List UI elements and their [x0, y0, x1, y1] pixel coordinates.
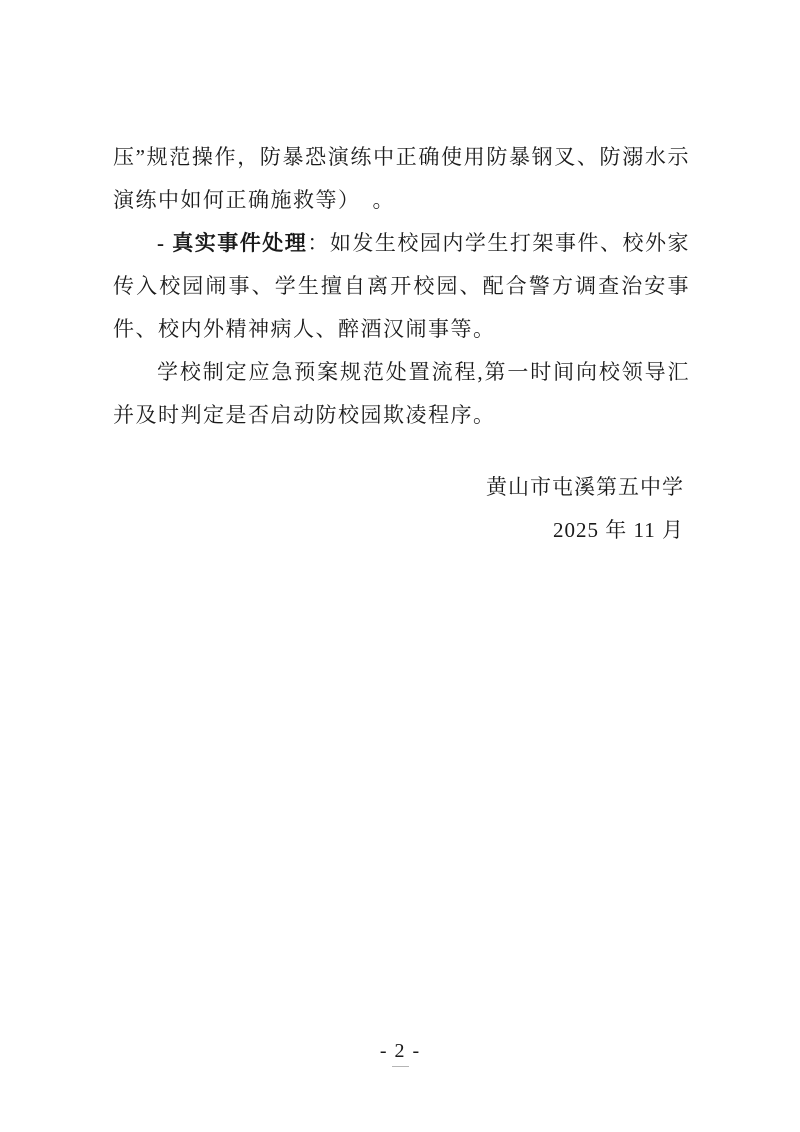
document-page: 压”规范操作，防暴恐演练中正确使用防暴钢叉、防溺水示范 演练中如何正确施救等） …: [0, 0, 800, 1132]
real-events-label: - 真实事件处理: [157, 231, 307, 255]
paragraph-drills-line-2: 演练中如何正确施救等） 。: [113, 179, 690, 222]
paragraph-plan-line-2: 并及时判定是否启动防校园欺凌程序。: [113, 394, 690, 437]
paragraph-real-events-line-1: - 真实事件处理：如发生校园内学生打架事件、校外家长: [113, 222, 690, 265]
paragraph-real-events-line-3: 件、校内外精神病人、醉酒汉闹事等。: [113, 308, 690, 351]
body-text-block: 压”规范操作，防暴恐演练中正确使用防暴钢叉、防溺水示范 演练中如何正确施救等） …: [113, 136, 690, 437]
paragraph-real-events-line-2: 传入校园闹事、学生擅自离开校园、配合警方调查治安事件事: [113, 265, 690, 308]
page-number: 2: [392, 1036, 409, 1067]
paragraph-plan-line-1: 学校制定应急预案规范处置流程,第一时间向校领导汇报，: [113, 351, 690, 394]
signature-school-name: 黄山市屯溪第五中学: [113, 466, 684, 509]
paragraph-drills-line-1: 压”规范操作，防暴恐演练中正确使用防暴钢叉、防溺水示范: [113, 136, 690, 179]
signature-date: 2025 年 11 月: [113, 509, 684, 552]
footer-dash-left: -: [376, 1040, 392, 1062]
signature-block: 黄山市屯溪第五中学 2025 年 11 月: [113, 466, 684, 552]
page-footer: -2-: [0, 1036, 800, 1067]
footer-dash-right: -: [409, 1040, 425, 1062]
